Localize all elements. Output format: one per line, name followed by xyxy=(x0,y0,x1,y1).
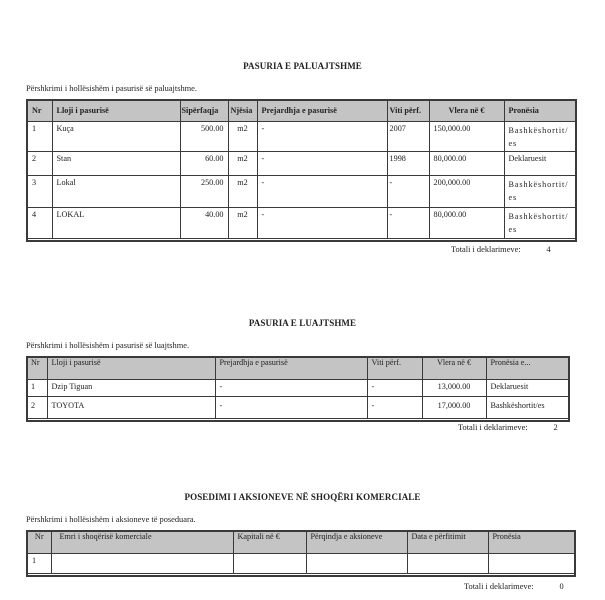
cell-year: 1998 xyxy=(387,151,429,175)
cell-origin: - xyxy=(215,396,367,418)
cell-nr: 4 xyxy=(27,207,52,238)
cell-value: 17,000.00 xyxy=(422,396,486,418)
column-header-property-type: Lloji i pasurisë xyxy=(47,357,215,379)
cell-value: 80,000.00 xyxy=(429,151,504,175)
table-row: 3 Lokal 250.00 m2 - - 200,000.00 Bashkës… xyxy=(27,175,576,207)
cell-value: 150,000.00 xyxy=(429,121,504,151)
section-title-shareholdings: POSEDIMI I AKSIONEVE NË SHOQËRI KOMERCIA… xyxy=(0,492,605,502)
cell-nr: 3 xyxy=(27,175,52,207)
column-header-company-name: Emri i shoqërisë komerciale xyxy=(51,531,233,553)
column-header-origin: Prejardhja e pasurisë xyxy=(215,357,367,379)
immovable-property-table: Nr Lloji i pasurisë Sipërfaqja Njësia Pr… xyxy=(26,99,577,242)
cell-origin: - xyxy=(215,379,367,396)
column-header-nr: Nr xyxy=(27,357,47,379)
section-description-movable-property: Përshkrimi i hollësishëm i pasurisë së l… xyxy=(26,341,189,350)
section-title-movable-property: PASURIA E LUAJTSHME xyxy=(0,318,605,328)
cell-ownership: Deklaruesit xyxy=(504,151,576,175)
section-description-immovable-property: Përshkrimi i hollësishëm i pasurisë së p… xyxy=(26,84,197,93)
movable-property-table: Nr Lloji i pasurisë Prejardhja e pasuris… xyxy=(26,356,570,422)
total-label: Totali i deklarimeve: xyxy=(464,582,534,591)
cell-area: 500.00 xyxy=(180,121,228,151)
total-count: 0 xyxy=(534,582,564,591)
cell-unit: m2 xyxy=(228,121,257,151)
cell-area: 60.00 xyxy=(180,151,228,175)
cell-ownership: Bashkëshortit/es xyxy=(504,175,576,207)
table-row: 1 Dzip Tiguan - - 13,000.00 Deklaruesit xyxy=(27,379,569,396)
cell-year: - xyxy=(387,175,429,207)
cell-area: 250.00 xyxy=(180,175,228,207)
cell-property-type: Lokal xyxy=(52,175,180,207)
column-header-capital: Kapitali në € xyxy=(233,531,306,553)
cell-ownership: Bashkëshortit/es xyxy=(504,121,576,151)
column-header-ownership: Pronësia e... xyxy=(486,357,569,379)
section-description-shareholdings: Përshkrimi i hollësishëm i aksioneve të … xyxy=(26,515,196,524)
total-declarations-shareholdings: Totali i deklarimeve:0 xyxy=(464,582,564,591)
table-row: 2 TOYOTA - - 17,000.00 Bashkëshortit/es xyxy=(27,396,569,418)
cell-origin: - xyxy=(257,207,387,238)
cell-ownership: Deklaruesit xyxy=(486,379,569,396)
total-count: 2 xyxy=(528,423,558,432)
column-header-nr: Nr xyxy=(27,531,51,553)
cell-capital xyxy=(233,553,306,573)
cell-nr: 2 xyxy=(27,396,47,418)
column-header-area: Sipërfaqja xyxy=(180,100,228,121)
column-header-origin: Prejardhja e pasurisë xyxy=(257,100,387,121)
column-header-value: Vlera në € xyxy=(422,357,486,379)
total-count: 4 xyxy=(521,245,551,254)
cell-origin: - xyxy=(257,175,387,207)
table-row: 1 xyxy=(27,553,575,573)
cell-area: 40.00 xyxy=(180,207,228,238)
cell-value: 80,000.00 xyxy=(429,207,504,238)
cell-nr: 1 xyxy=(27,379,47,396)
column-header-year: Viti përf. xyxy=(387,100,429,121)
shareholdings-table: Nr Emri i shoqërisë komerciale Kapitali … xyxy=(26,530,576,577)
column-header-value: Vlera në € xyxy=(429,100,504,121)
cell-value: 200,000.00 xyxy=(429,175,504,207)
cell-unit: m2 xyxy=(228,207,257,238)
cell-acquisition-date xyxy=(407,553,488,573)
column-header-acquisition-date: Data e përfitimit xyxy=(407,531,488,553)
table-row: 4 LOKAL 40.00 m2 - - 80,000.00 Bashkësho… xyxy=(27,207,576,238)
column-header-share-percentage: Përqindja e aksioneve xyxy=(306,531,407,553)
column-header-year: Viti përf. xyxy=(367,357,422,379)
table-row: 1 Kuça 500.00 m2 - 2007 150,000.00 Bashk… xyxy=(27,121,576,151)
cell-unit: m2 xyxy=(228,151,257,175)
cell-ownership: Bashkëshortit/es xyxy=(486,396,569,418)
total-label: Totali i deklarimeve: xyxy=(458,423,528,432)
cell-value: 13,000.00 xyxy=(422,379,486,396)
cell-year: 2007 xyxy=(387,121,429,151)
column-header-ownership: Pronësia xyxy=(488,531,575,553)
column-header-unit: Njësia xyxy=(228,100,257,121)
table-row: 2 Stan 60.00 m2 - 1998 80,000.00 Deklaru… xyxy=(27,151,576,175)
cell-year: - xyxy=(367,396,422,418)
total-label: Totali i deklarimeve: xyxy=(451,245,521,254)
cell-year: - xyxy=(387,207,429,238)
cell-origin: - xyxy=(257,121,387,151)
section-title-immovable-property: PASURIA E PALUAJTSHME xyxy=(0,61,605,71)
cell-ownership: Bashkëshortit/es xyxy=(504,207,576,238)
cell-nr: 1 xyxy=(27,553,51,573)
cell-property-type: LOKAL xyxy=(52,207,180,238)
cell-property-type: Kuça xyxy=(52,121,180,151)
cell-property-type: Dzip Tiguan xyxy=(47,379,215,396)
cell-unit: m2 xyxy=(228,175,257,207)
cell-year: - xyxy=(367,379,422,396)
column-header-ownership: Pronësia xyxy=(504,100,576,121)
cell-share-percentage xyxy=(306,553,407,573)
cell-nr: 1 xyxy=(27,121,52,151)
cell-nr: 2 xyxy=(27,151,52,175)
cell-ownership xyxy=(488,553,575,573)
cell-property-type: Stan xyxy=(52,151,180,175)
column-header-property-type: Lloji i pasurisë xyxy=(52,100,180,121)
cell-company-name xyxy=(51,553,233,573)
total-declarations-movable: Totali i deklarimeve:2 xyxy=(458,423,558,432)
cell-property-type: TOYOTA xyxy=(47,396,215,418)
total-declarations-immovable: Totali i deklarimeve:4 xyxy=(451,245,551,254)
column-header-nr: Nr xyxy=(27,100,52,121)
cell-origin: - xyxy=(257,151,387,175)
